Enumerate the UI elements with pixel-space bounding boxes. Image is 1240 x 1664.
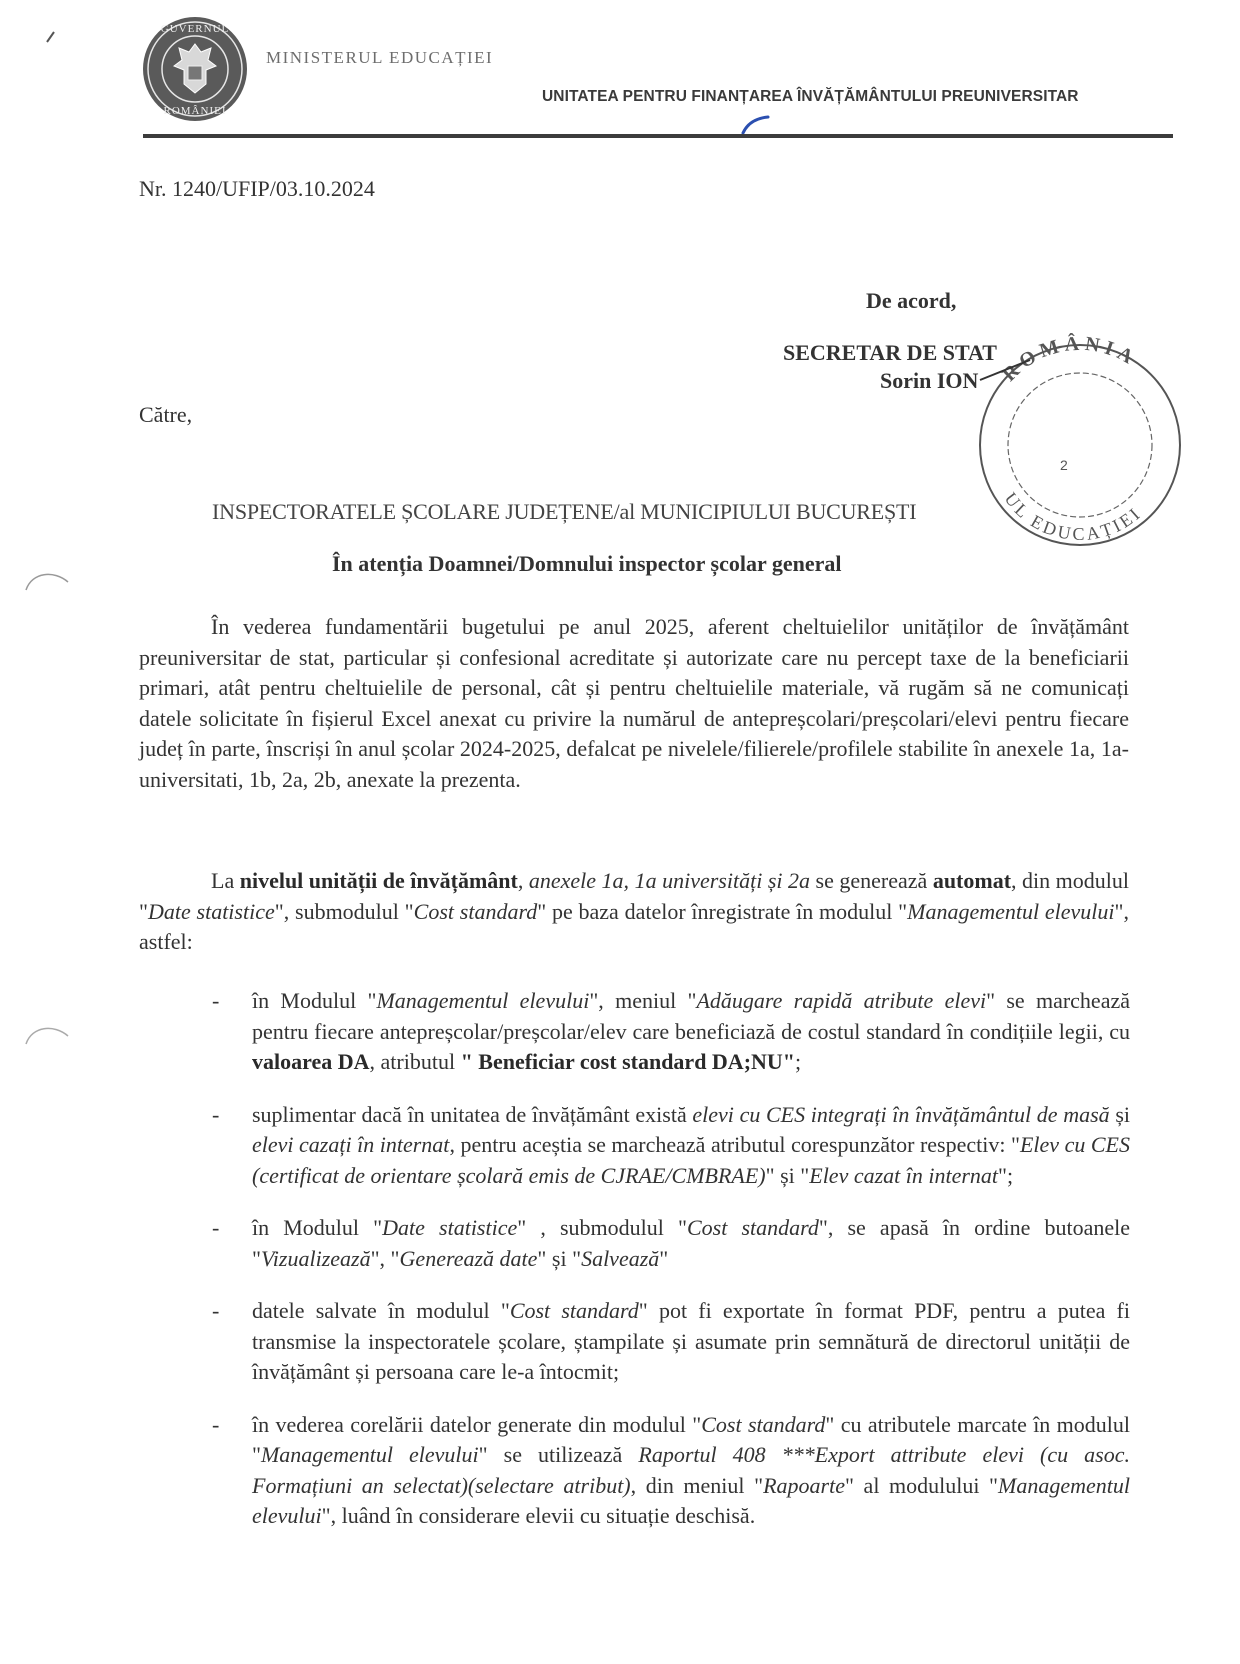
ministry-name: MINISTERUL EDUCAȚIEI (266, 48, 493, 68)
scan-artifact-icon (24, 568, 74, 592)
list-item: - datele salvate în modulul "Cost standa… (200, 1296, 1130, 1388)
svg-text:2: 2 (1060, 457, 1068, 473)
instruction-list: - în Modulul "Managementul elevului", me… (200, 986, 1130, 1554)
to-label: Către, (139, 402, 192, 428)
attention-line: În atenția Doamnei/Domnului inspector șc… (332, 551, 841, 577)
pen-mark-icon (740, 114, 770, 136)
svg-text:GUVERNUL: GUVERNUL (161, 23, 230, 35)
list-item: - suplimentar dacă în unitatea de învăță… (200, 1100, 1130, 1192)
scan-mark-icon (44, 30, 58, 44)
list-item: - în Modulul "Date statistice" , submodu… (200, 1213, 1130, 1274)
body-paragraph-2: La nivelul unității de învățământ, anexe… (139, 866, 1129, 958)
recipient: INSPECTORATELE ȘCOLARE JUDEȚENE/al MUNIC… (212, 499, 916, 525)
body-paragraph-1: În vederea fundamentării bugetului pe an… (139, 612, 1129, 795)
header-divider (143, 134, 1173, 138)
scan-artifact-icon (24, 1022, 74, 1046)
svg-text:ROMÂNIEI: ROMÂNIEI (164, 105, 227, 117)
approval-label: De acord, (866, 288, 956, 314)
unit-name: UNITATEA PENTRU FINANȚAREA ÎNVĂȚĂMÂNTULU… (542, 88, 1079, 106)
list-item: - în vederea corelării datelor generate … (200, 1410, 1130, 1532)
document-number: Nr. 1240/UFIP/03.10.2024 (139, 176, 375, 202)
official-stamp-icon: ROMÂNIA UL EDUCAȚIEI 2 (960, 330, 1200, 570)
list-item: - în Modulul "Managementul elevului", me… (200, 986, 1130, 1078)
svg-text:ROMÂNIA: ROMÂNIA (998, 331, 1141, 386)
government-emblem-icon: GUVERNUL ROMÂNIEI (140, 14, 250, 124)
